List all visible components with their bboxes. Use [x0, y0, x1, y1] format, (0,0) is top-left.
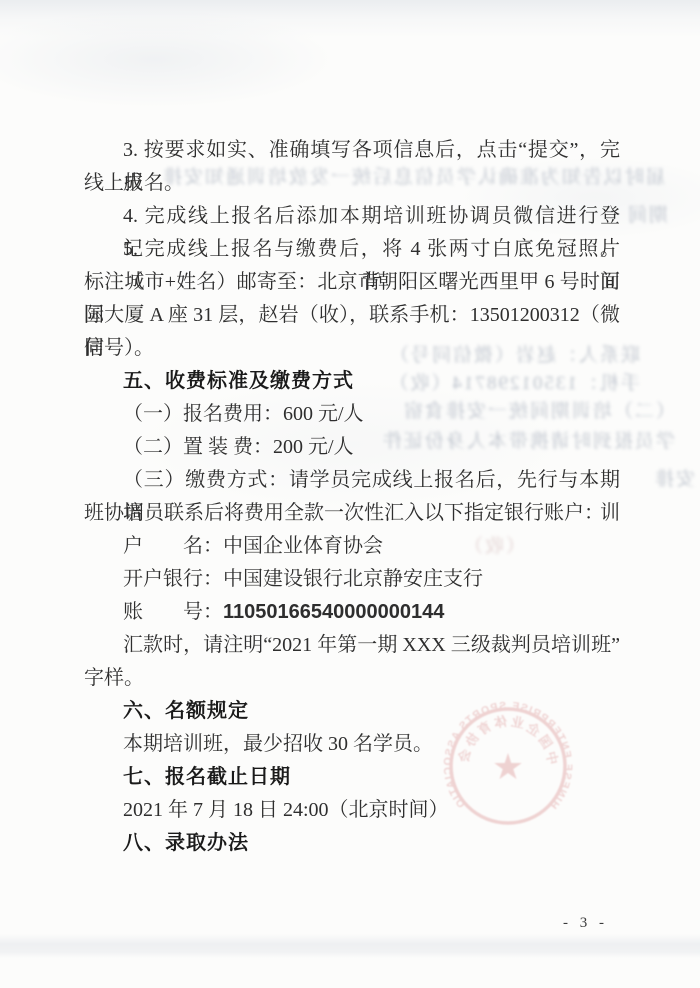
quota-line: 本期培训班，最少招收 30 名学员。 — [84, 728, 620, 761]
document-body: 3. 按要求如实、准确填写各项信息后，点击“提交”，完成 线上报名。 4. 完成… — [84, 134, 620, 860]
payment-method-line-1: （三）缴费方式：请学员完成线上报名后，先行与本期培训 — [84, 464, 620, 497]
registration-fee-line: （一）报名费用：600 元/人 — [84, 398, 620, 431]
account-name-line: 户 名：中国企业体育协会 — [84, 530, 620, 563]
section-admission-heading: 八、录取办法 — [84, 827, 620, 860]
step-5-line-2: 标注城市+姓名）邮寄至：北京市朝阳区曙光西里甲 6 号时间国 — [84, 266, 620, 299]
section-quota-heading: 六、名额规定 — [84, 695, 620, 728]
uniform-fee-line: （二）置 装 费：200 元/人 — [84, 431, 620, 464]
remittance-note-line-1: 汇款时，请注明“2021 年第一期 XXX 三级裁判员培训班” — [84, 629, 620, 662]
remittance-note-line-2: 字样。 — [84, 662, 620, 695]
bleedthrough-text: 期间 — [626, 204, 668, 228]
document-page: 届时以告知为准确认学员信息后统一发放培训通知安排 期间 联系人：赵岩（微信同号）… — [0, 0, 700, 988]
section-fees-heading: 五、收费标准及缴费方式 — [84, 365, 620, 398]
step-3-line-2: 线上报名。 — [84, 167, 620, 200]
account-number-line: 账 号：11050166540000000144 — [84, 596, 620, 629]
step-3-line-1: 3. 按要求如实、准确填写各项信息后，点击“提交”，完成 — [84, 134, 620, 167]
bleedthrough-text: 安排 — [620, 468, 695, 492]
step-4-line: 4. 完成线上报名后添加本期培训班协调员微信进行登记。 — [84, 200, 620, 233]
account-number-label: 账 号： — [123, 601, 223, 623]
step-5-line-3: 际大厦 A 座 31 层，赵岩（收），联系手机：13501200312（微信 — [84, 299, 620, 332]
step-5-line-4: 同号）。 — [84, 332, 620, 365]
bank-branch-line: 开户银行：中国建设银行北京静安庄支行 — [84, 563, 620, 596]
page-number: - 3 - — [563, 915, 608, 932]
payment-method-line-2: 班协调员联系后将费用全款一次性汇入以下指定银行账户： — [84, 497, 620, 530]
step-5-line-1: 5. 完成线上报名与缴费后，将 4 张两寸白底免冠照片（背面 — [84, 233, 620, 266]
section-deadline-heading: 七、报名截止日期 — [84, 761, 620, 794]
account-number-value: 11050166540000000144 — [223, 601, 444, 623]
deadline-line: 2021 年 7 月 18 日 24:00（北京时间） — [84, 794, 620, 827]
